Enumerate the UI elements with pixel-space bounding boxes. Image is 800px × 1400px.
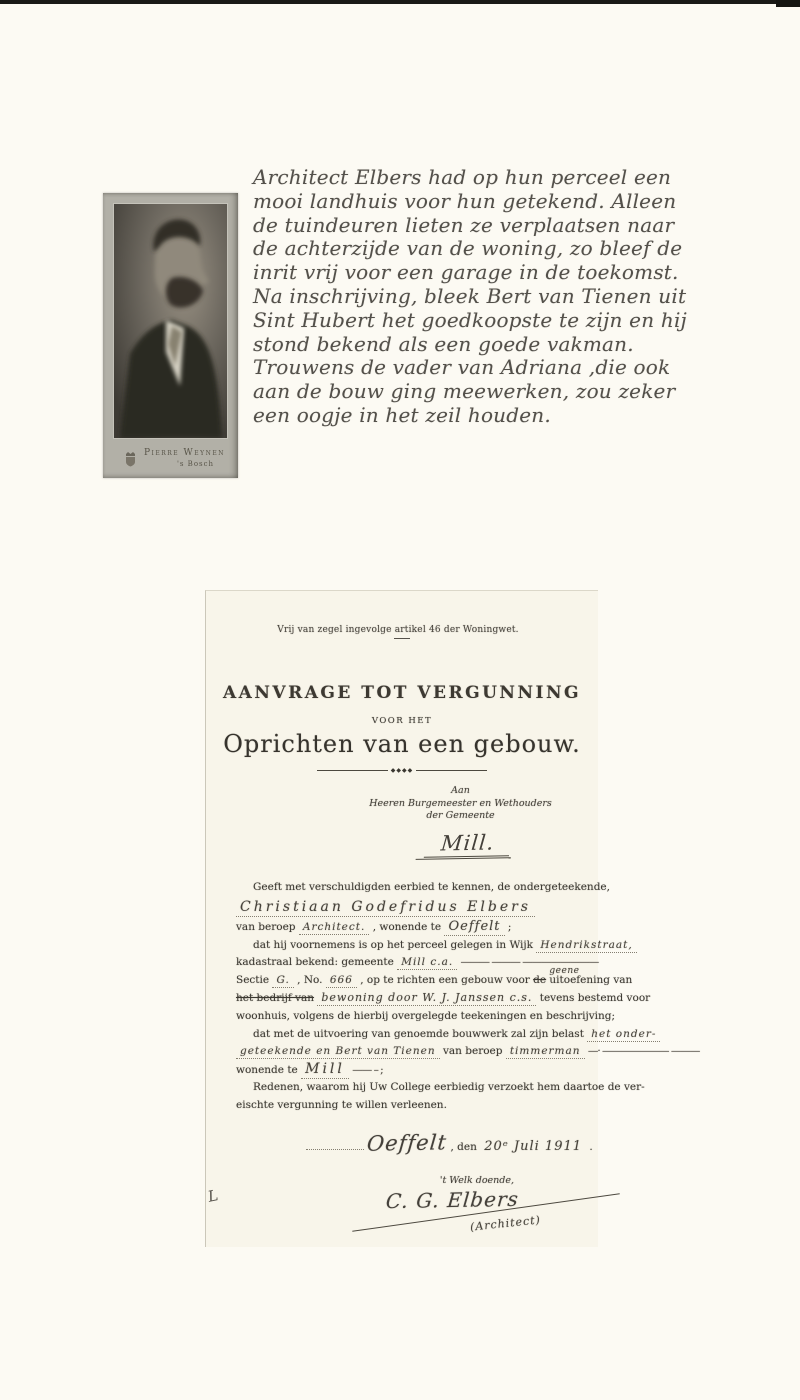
section-line: Sectie G. , No. 666 , op te richten een … [236,972,574,990]
occupation-handwritten: Architect. [299,921,369,935]
stamp-exemption-note: Vrij van zegel ingevolge artikel 46 der … [206,625,590,635]
number-handwritten: 666 [326,974,357,988]
section-handwritten: G. [272,974,293,988]
builder-label: dat met de uitvoering van genoemde bouww… [253,1028,584,1040]
builder-handwritten-2: geteekende en Bert van Tienen [236,1045,440,1059]
ornament-line-right [416,770,487,771]
memoir-paragraph-2: Na inschrijving, bleek Bert van Tienen u… [253,285,705,428]
purpose-text-a: , op te richten een gebouw voor [360,974,530,986]
stamp-note-underline [394,638,410,639]
stray-ink-mark: L [206,1186,219,1206]
builder-occupation-dashes: —· ——————— ——— [588,1045,700,1057]
signature-role-handwritten: (Architect) [465,1211,546,1238]
ornament-line-left [317,770,388,771]
builder-occupation-label: van beroep [443,1045,503,1057]
builder-line: dat met de uitvoering van genoemde bouww… [236,1026,574,1044]
date-period: . [589,1141,592,1153]
cadastre-handwritten: Mill c.a. [397,956,457,970]
date-place-handwritten: Oeffelt [367,1134,448,1153]
permit-document-scan: Vrij van zegel ingevolge artikel 46 der … [205,590,598,1247]
date-leader-dots [306,1139,364,1150]
intro-line: Geeft met verschuldigden eerbied te kenn… [236,879,574,897]
cadastre-line: kadastraal bekend: gemeente Mill c.a. ——… [236,954,574,972]
photo-caption: Pierre Weynen 's Bosch [103,440,238,478]
photographer-name: Pierre Weynen [144,449,225,458]
ornament-divider: ◆◆◆◆ [317,767,487,774]
occupation-line: van beroep Architect. , wonende te Oeffe… [236,918,574,937]
dwelling-line: woonhuis, volgens de hierbij overgelegde… [236,1008,574,1026]
number-label: , No. [297,974,322,986]
document-heading: Oprichten van een gebouw. [206,730,598,758]
addressee-aan: Aan [353,785,568,798]
purpose-insert-handwritten: geene [549,963,579,981]
residence-label: , wonende te [373,921,441,933]
purpose-insert-wrap: geene uitoefening van [549,972,632,990]
memoir-text-block: Architect Elbers had op hun perceel een … [253,166,705,428]
builder-occupation-handwritten: timmerman [506,1045,585,1059]
scan-edge-top-right [776,0,800,7]
business-struck: het bedrijf van [236,992,314,1004]
addressee-block: Aan Heeren Burgemeester en Wethouders de… [353,785,568,823]
request-line-1: Redenen, waarom hij Uw College eerbiedig… [236,1079,574,1097]
request-line-2: eischte vergunning te willen verleenen. [236,1097,574,1115]
applicant-name-handwritten: Christiaan Godefridus Elbers [236,899,535,917]
occupation-label: van beroep [236,921,296,933]
municipality-handwritten: Mill. [393,831,543,857]
builder-residence-label: wonende te [236,1064,298,1076]
parcel-line: dat hij voornemens is op het perceel gel… [236,937,574,955]
residence-semicolon: ; [508,921,512,933]
document-title: AANVRAGE TOT VERGUNNING [206,683,598,703]
cadastre-label: kadastraal bekend: gemeente [236,956,394,968]
signature-handwritten: C. G. Elbers [385,1191,520,1211]
date-handwritten: 20ᵉ Juli 1911 [480,1139,586,1155]
municipality-name: Mill. [424,830,512,857]
portrait-photo [113,203,228,439]
document-subtitle: VOOR HET [206,716,598,726]
addressee-line2: der Gemeente [353,810,568,823]
purpose-struck-word: de [533,974,546,986]
signature-block: C. G. Elbers (Architect) [386,1192,606,1234]
photographer-place: 's Bosch [144,460,225,469]
parcel-label: dat hij voornemens is op het perceel gel… [253,939,533,951]
portrait-photo-image [114,204,227,438]
scan-edge-top [0,0,800,4]
builder-line-2: geteekende en Bert van Tienen van beroep… [236,1043,574,1061]
applicant-line: Christiaan Godefridus Elbers [236,896,574,918]
ornament-diamonds: ◆◆◆◆ [388,767,416,774]
date-den-label: , den [450,1141,476,1153]
permit-body: Geeft met verschuldigden eerbied te kenn… [236,879,574,1235]
photographer-crest-icon [124,451,137,467]
parcel-handwritten: Hendrikstraat, [536,939,636,953]
purpose-text-c: tevens bestemd voor [540,992,650,1004]
section-label: Sectie [236,974,269,986]
business-handwritten: bewoning door W. J. Janssen c.s. [317,991,536,1006]
builder-residence-line: wonende te Mill —— – ; [236,1061,574,1080]
addressee-line1: Heeren Burgemeester en Wethouders [353,798,568,811]
date-line: Oeffelt , den 20ᵉ Juli 1911 . [306,1135,574,1157]
memoir-paragraph-1: Architect Elbers had op hun perceel een … [253,166,705,285]
portrait-photo-card: Pierre Weynen 's Bosch [103,193,238,478]
builder-residence-dashes: —— – ; [352,1064,382,1076]
builder-handwritten-1: het onder- [587,1028,660,1042]
business-line: het bedrijf van bewoning door W. J. Jans… [236,989,574,1008]
builder-residence-handwritten: Mill [301,1061,349,1079]
residence-handwritten: Oeffelt [444,919,504,936]
